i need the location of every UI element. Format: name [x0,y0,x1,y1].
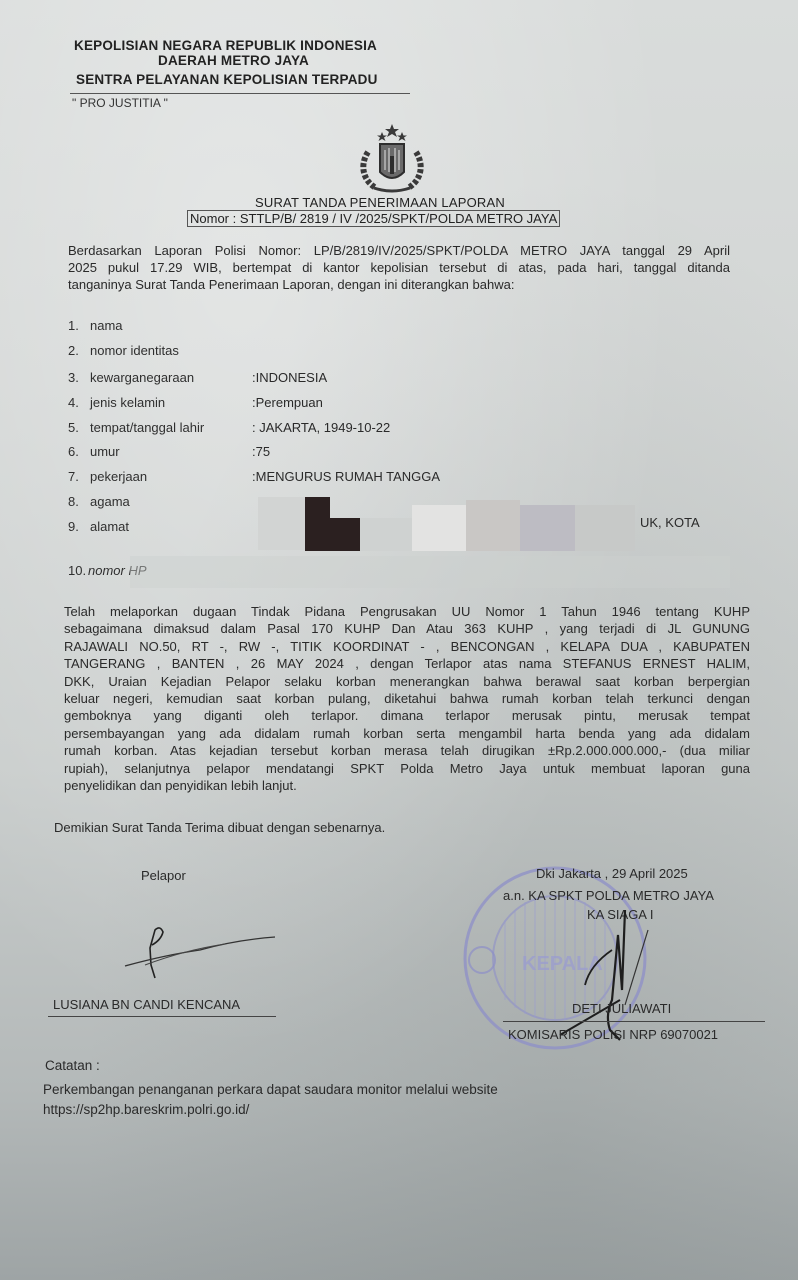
redaction-block [258,497,308,550]
header-institution: KEPOLISIAN NEGARA REPUBLIK INDONESIA [74,38,377,53]
officer-rank-nrp: KOMISARIS POLISI NRP 69070021 [508,1027,718,1042]
officer-signature-icon [550,905,670,1045]
incident-line: keluar negeri, kemudian saat korban pula… [64,690,750,707]
redaction-block [360,518,412,551]
field-label: agama [90,494,130,509]
incident-line: penyelidikan dan penyidikan lebih lanjut… [64,777,750,794]
document-page: KEPOLISIAN NEGARA REPUBLIK INDONESIA DAE… [0,0,798,1280]
field-value: :Perempuan [252,395,323,410]
field-number: 8. [68,494,90,509]
field-label: nomor identitas [90,343,179,358]
incident-line: rumah korban. Atas kejadian tersebut kor… [64,742,750,759]
incident-paragraph: Telah melaporkan dugaan Tindak Pidana Pe… [64,603,750,794]
incident-line: TANGERANG , BANTEN , 26 MAY 2024 , denga… [64,655,750,672]
field-label: kewarganegaraan [90,370,194,385]
reporter-role: Pelapor [141,868,186,883]
redaction-block [305,518,360,551]
document-number: Nomor : STTLP/B/ 2819 / IV /2025/SPKT/PO… [187,210,560,227]
incident-line: DKK, Uraian Kejadian Pelapor selaku korb… [64,673,750,690]
pro-justitia-label: " PRO JUSTITIA " [72,96,168,110]
field-number: 9. [68,519,90,534]
field-value-address-tail: UK, KOTA [640,515,700,530]
field-number: 3. [68,370,90,385]
intro-line: tanganinya Surat Tanda Penerimaan Lapora… [68,276,730,293]
field-row: 3.kewarganegaraan [68,370,194,385]
document-title: SURAT TANDA PENERIMAAN LAPORAN [255,195,505,210]
signing-place-date: Dki Jakarta , 29 April 2025 [536,866,688,881]
reporter-signature-icon [115,910,295,990]
redaction-block [575,505,635,551]
field-row: 9.alamat [68,519,129,534]
intro-paragraph: Berdasarkan Laporan Polisi Nomor: LP/B/2… [68,242,730,293]
field-number: 2. [68,343,90,358]
redaction-block [412,505,466,551]
police-emblem-icon [352,122,432,198]
field-number: 7. [68,469,90,484]
field-label: pekerjaan [90,469,147,484]
field-value: :INDONESIA [252,370,327,385]
officer-signature-line [503,1021,765,1022]
reporter-name: LUSIANA BN CANDI KENCANA [53,997,240,1012]
field-row: 2.nomor identitas [68,343,179,358]
field-label: umur [90,444,120,459]
field-value: :75 [252,444,270,459]
redaction-block [305,497,330,519]
closing-statement: Demikian Surat Tanda Terima dibuat denga… [54,820,385,835]
note-url-link[interactable]: https://sp2hp.bareskrim.polri.go.id/ [43,1102,249,1117]
field-row: 7.pekerjaan [68,469,147,484]
field-row: 1.nama [68,318,123,333]
incident-line: rupiah), selanjutnya pelapor mendatangi … [64,760,750,777]
field-value: : JAKARTA, 1949-10-22 [252,420,390,435]
field-value: :MENGURUS RUMAH TANGGA [252,469,440,484]
incident-line: persembayangan yang ada didalam rumah ko… [64,725,750,742]
note-heading: Catatan : [45,1058,100,1073]
signing-on-behalf: a.n. KA SPKT POLDA METRO JAYA [503,888,714,903]
officer-name: DETI JULIAWATI [572,1001,671,1016]
field-label: nama [90,318,123,333]
field-row: 8.agama [68,494,130,509]
intro-line: Berdasarkan Laporan Polisi Nomor: LP/B/2… [68,242,730,259]
field-number: 6. [68,444,90,459]
reporter-signature-line [48,1016,276,1017]
header-region: DAERAH METRO JAYA [158,53,309,68]
field-row: 4.jenis kelamin [68,395,165,410]
field-label: alamat [90,519,129,534]
field-number: 1. [68,318,90,333]
header-unit: SENTRA PELAYANAN KEPOLISIAN TERPADU [76,72,378,87]
incident-line: sebagaimana dimaksud dalam Pasal 170 KUH… [64,620,750,637]
intro-line: 2025 pukul 17.29 WIB, bertempat di kanto… [68,259,730,276]
note-text: Perkembangan penanganan perkara dapat sa… [43,1082,498,1097]
field-number: 4. [68,395,90,410]
redaction-block [130,556,730,588]
redaction-block [466,500,520,551]
field-number: 10. [68,563,88,578]
incident-line: Telah melaporkan dugaan Tindak Pidana Pe… [64,603,750,620]
field-number: 5. [68,420,90,435]
field-row: 6.umur [68,444,120,459]
incident-line: RAJAWALI NO.50, RT -, RW -, TITIK KOORDI… [64,638,750,655]
incident-line: gemboknya yang diganti oleh terlapor. di… [64,707,750,724]
redaction-block [520,505,575,551]
field-label: tempat/tanggal lahir [90,420,204,435]
field-row: 5.tempat/tanggal lahir [68,420,204,435]
field-label: jenis kelamin [90,395,165,410]
header-divider [70,93,410,94]
